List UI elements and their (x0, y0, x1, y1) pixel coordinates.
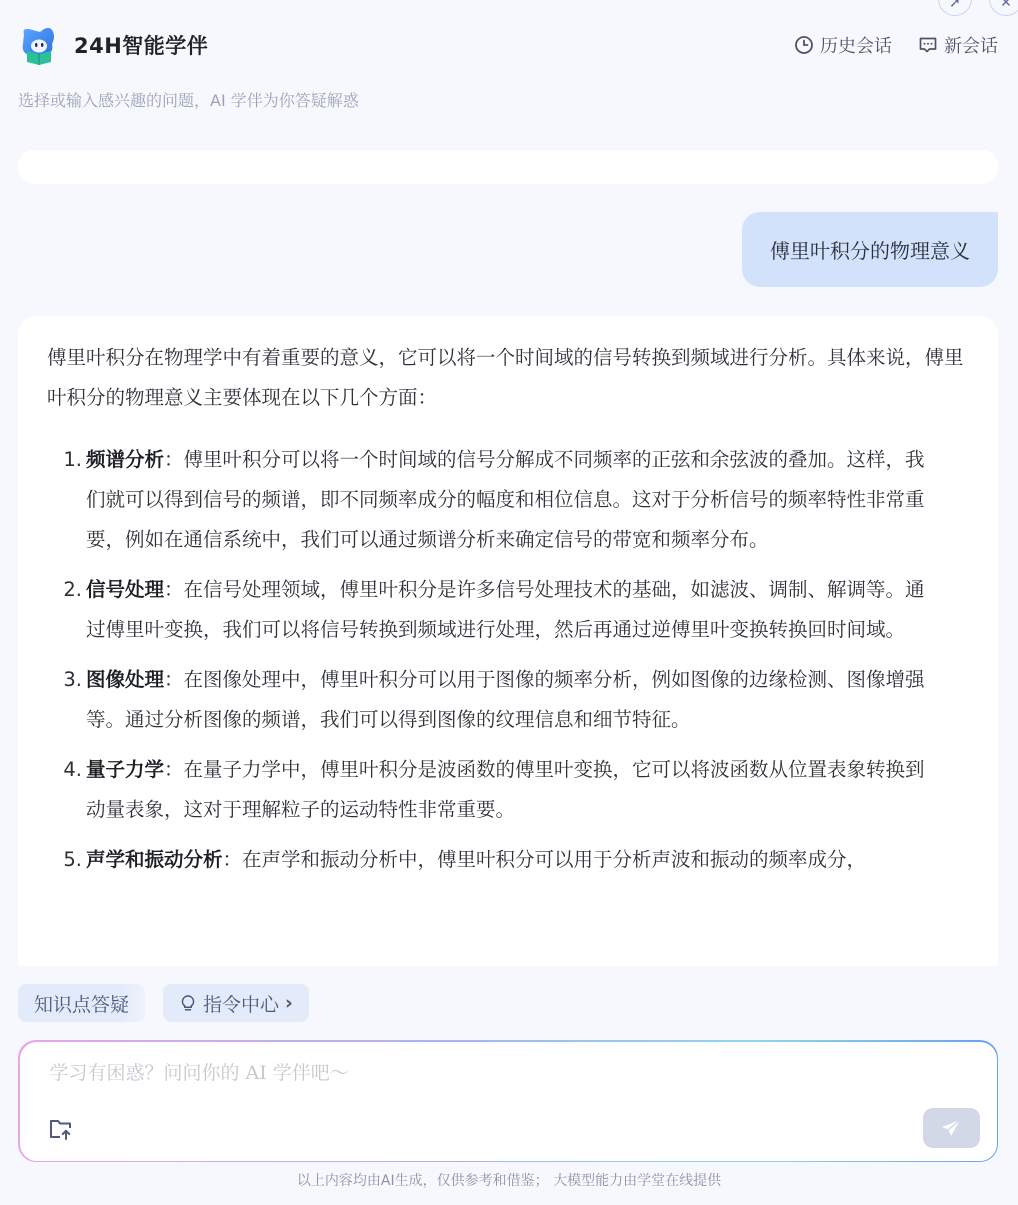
list-item: 2. 信号处理：在信号处理领域，傅里叶积分是许多信号处理技术的基础，如滤波、调制… (47, 570, 970, 650)
item-text: 在声学和振动分析中，傅里叶积分可以用于分析声波和振动的频率成分， (242, 848, 866, 871)
user-message-text: 傅里叶积分的物理意义 (770, 235, 970, 264)
knowledge-qa-label: 知识点答疑 (34, 990, 129, 1017)
user-message: 傅里叶积分的物理意义 (742, 212, 998, 287)
item-title: 声学和振动分析 (86, 848, 223, 871)
list-item: 5. 声学和振动分析：在声学和振动分析中，傅里叶积分可以用于分析声波和振动的频率… (47, 840, 970, 880)
composer (18, 1040, 998, 1162)
app-title: 24H智能学伴 (74, 30, 208, 60)
command-center-label: 指令中心 (203, 990, 279, 1017)
list-item: 1. 频谱分析：傅里叶积分可以将一个时间域的信号分解成不同频率的正弦和余弦波的叠… (47, 440, 970, 560)
item-title: 图像处理 (86, 668, 164, 691)
command-center-chip[interactable]: 指令中心 › (163, 984, 309, 1022)
folder-upload-icon (48, 1116, 74, 1142)
close-icon: ✕ (1000, 0, 1012, 11)
item-title: 频谱分析 (86, 448, 164, 471)
subtitle: 选择或输入感兴趣的问题，AI 学伴为你答疑解惑 (18, 88, 359, 111)
answer-list: 1. 频谱分析：傅里叶积分可以将一个时间域的信号分解成不同频率的正弦和余弦波的叠… (47, 440, 970, 880)
quick-actions: 知识点答疑 指令中心 › (18, 984, 309, 1022)
chat-bubble-icon (918, 35, 938, 55)
pin-button[interactable]: ➚ (938, 0, 972, 16)
paper-plane-icon (940, 1117, 962, 1139)
chat-input[interactable] (50, 1062, 910, 1084)
pin-icon: ➚ (949, 0, 961, 11)
item-text: 傅里叶积分可以将一个时间域的信号分解成不同频率的正弦和余弦波的叠加。这样，我们就… (86, 448, 925, 551)
answer-intro: 傅里叶积分在物理学中有着重要的意义，它可以将一个时间域的信号转换到频域进行分析。… (47, 338, 970, 418)
robot-book-mascot-icon (18, 24, 60, 66)
history-label: 历史会话 (820, 32, 892, 58)
item-text: 在图像处理中，傅里叶积分可以用于图像的频率分析，例如图像的边缘检测、图像增强等。… (86, 668, 925, 731)
lightbulb-icon (179, 994, 197, 1012)
upload-file-button[interactable] (48, 1116, 74, 1142)
send-button[interactable] (923, 1108, 980, 1148)
chevron-right-icon: › (285, 992, 293, 1014)
item-title: 量子力学 (86, 758, 164, 781)
list-item: 4. 量子力学：在量子力学中，傅里叶积分是波函数的傅里叶变换，它可以将波函数从位… (47, 750, 970, 830)
history-button[interactable]: 历史会话 (794, 32, 892, 58)
clock-icon (794, 35, 814, 55)
close-button[interactable]: ✕ (989, 0, 1018, 16)
new-chat-label: 新会话 (944, 32, 998, 58)
header: 24H智能学伴 历史会话 新会话 (18, 22, 998, 68)
previous-message-card (18, 150, 998, 184)
new-chat-button[interactable]: 新会话 (918, 32, 998, 58)
item-title: 信号处理 (86, 578, 164, 601)
list-item: 3. 图像处理：在图像处理中，傅里叶积分可以用于图像的频率分析，例如图像的边缘检… (47, 660, 970, 740)
knowledge-qa-chip[interactable]: 知识点答疑 (18, 984, 145, 1022)
assistant-message: 傅里叶积分在物理学中有着重要的意义，它可以将一个时间域的信号转换到频域进行分析。… (18, 316, 998, 966)
ai-disclaimer: 以上内容均由AI生成，仅供参考和借鉴； 大模型能力由学堂在线提供 (0, 1170, 1018, 1190)
item-text: 在量子力学中，傅里叶积分是波函数的傅里叶变换，它可以将波函数从位置表象转换到动量… (86, 758, 925, 821)
item-text: 在信号处理领域，傅里叶积分是许多信号处理技术的基础，如滤波、调制、解调等。通过傅… (86, 578, 925, 641)
